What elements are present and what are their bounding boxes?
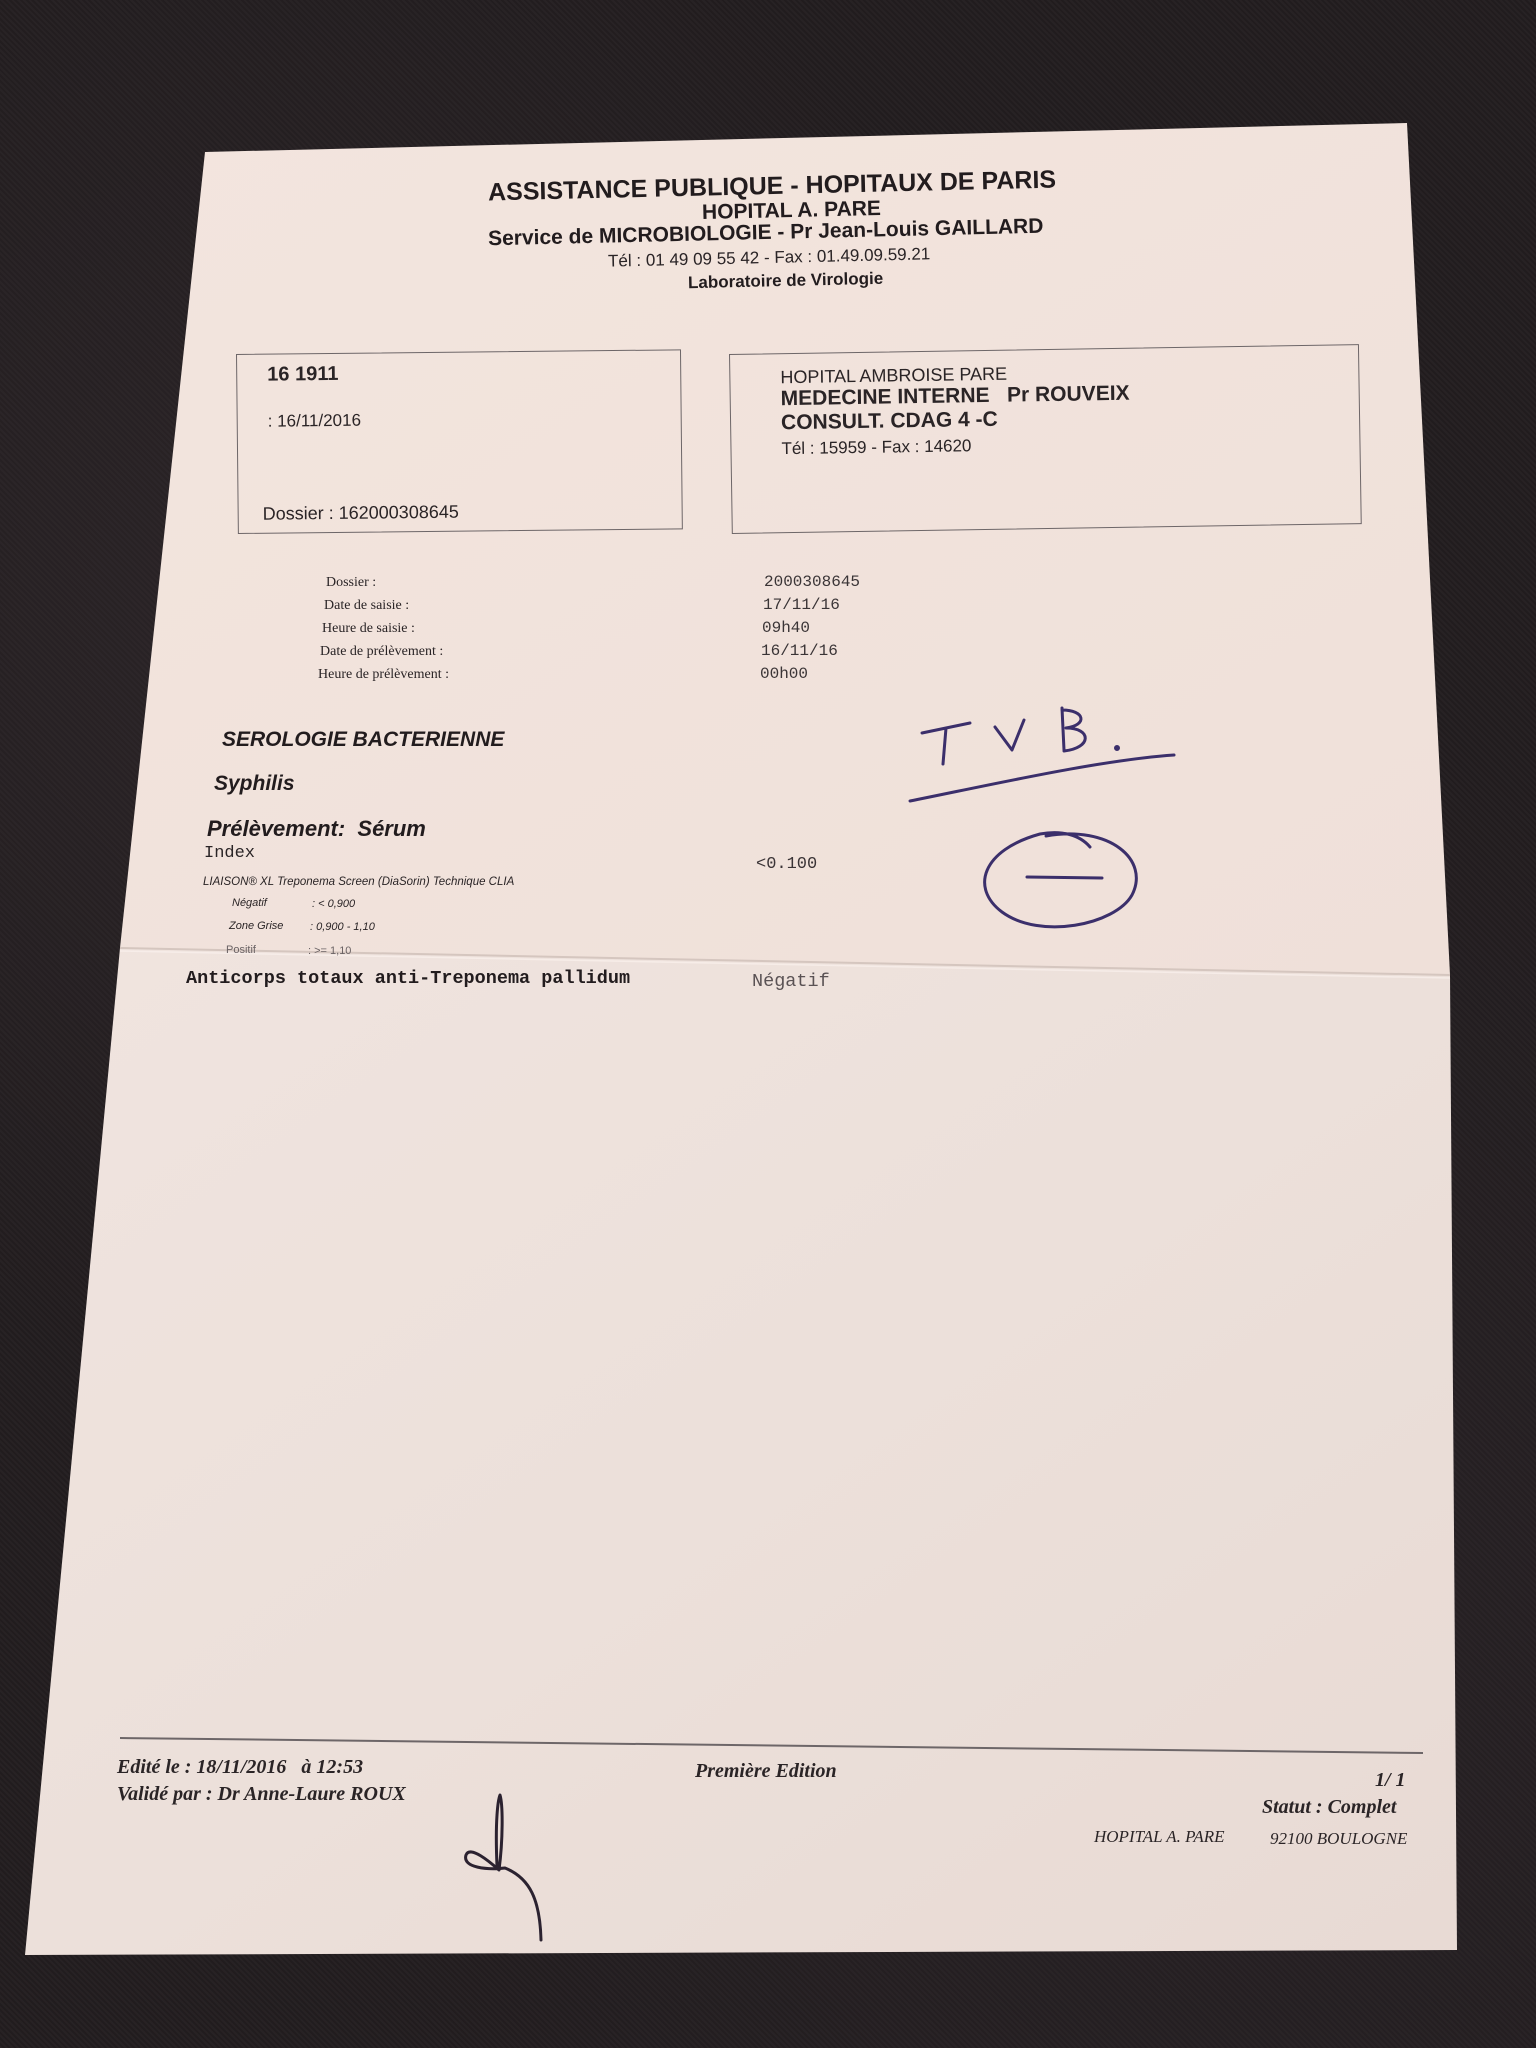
antibody-label: Anticorps totaux anti-Treponema pallidum [186,970,630,989]
range-label-zone-grise: Zone Grise [229,921,283,932]
sample-label-dossier: Dossier : [326,576,376,590]
edition-label: Première Edition [695,1761,837,1781]
range-label-positif: Positif [226,945,256,956]
index-label: Index [204,845,255,862]
recipient-contact: Tél : 15959 - Fax : 14620 [781,437,971,457]
section-title: SEROLOGIE BACTERIENNE [222,729,504,750]
specimen-type: Prélèvement: Sérum [207,818,426,840]
recipient-hospital: HOPITAL AMBROISE PARE [780,365,1007,387]
range-label-negatif: Négatif [232,898,267,909]
recipient-box: HOPITAL AMBROISE PARE MEDECINE INTERNE P… [729,344,1362,534]
page-number: 1/ 1 [1375,1770,1406,1790]
sample-value-dossier: 2000308645 [764,574,860,590]
validated-by: Validé par : Dr Anne-Laure ROUX [117,1784,406,1804]
patient-id: 16 1911 [267,364,338,385]
footer-hospital: HOPITAL A. PARE [1094,1828,1225,1845]
sample-value-date-saisie: 17/11/16 [763,597,840,613]
sample-label-heure-prelevement: Heure de prélèvement : [318,668,449,682]
range-value-positif: : >= 1,10 [308,946,351,957]
sample-label-date-saisie: Date de saisie : [324,599,409,613]
patient-box: 16 1911 : 16/11/2016 Dossier : 162000308… [236,349,683,534]
method-description: LIAISON® XL Treponema Screen (DiaSorin) … [203,877,514,889]
sample-value-heure-prelevement: 00h00 [760,666,808,682]
sample-value-heure-saisie: 09h40 [762,620,810,636]
patient-date: : 16/11/2016 [268,412,361,430]
recipient-department: MEDECINE INTERNE Pr ROUVEIX [781,383,1130,409]
edited-timestamp: Edité le : 18/11/2016 à 12:53 [117,1757,363,1777]
recipient-consultation: CONSULT. CDAG 4 -C [781,409,998,433]
range-value-negatif: : < 0,900 [312,899,355,910]
sample-label-date-prelevement: Date de prélèvement : [320,645,443,659]
antibody-result: Négatif [752,973,830,992]
range-value-zone-grise: : 0,900 - 1,10 [310,922,375,933]
laboratory-name: Laboratoire de Virologie [688,270,884,291]
test-name: Syphilis [214,773,295,794]
index-value: <0.100 [756,856,817,873]
report-status: Statut : Complet [1262,1797,1396,1817]
footer-address: 92100 BOULOGNE [1270,1830,1407,1847]
sample-value-date-prelevement: 16/11/16 [761,643,838,659]
paper-sheet [0,0,1536,2048]
sample-label-heure-saisie: Heure de saisie : [322,622,415,636]
patient-dossier: Dossier : 162000308645 [263,503,459,523]
